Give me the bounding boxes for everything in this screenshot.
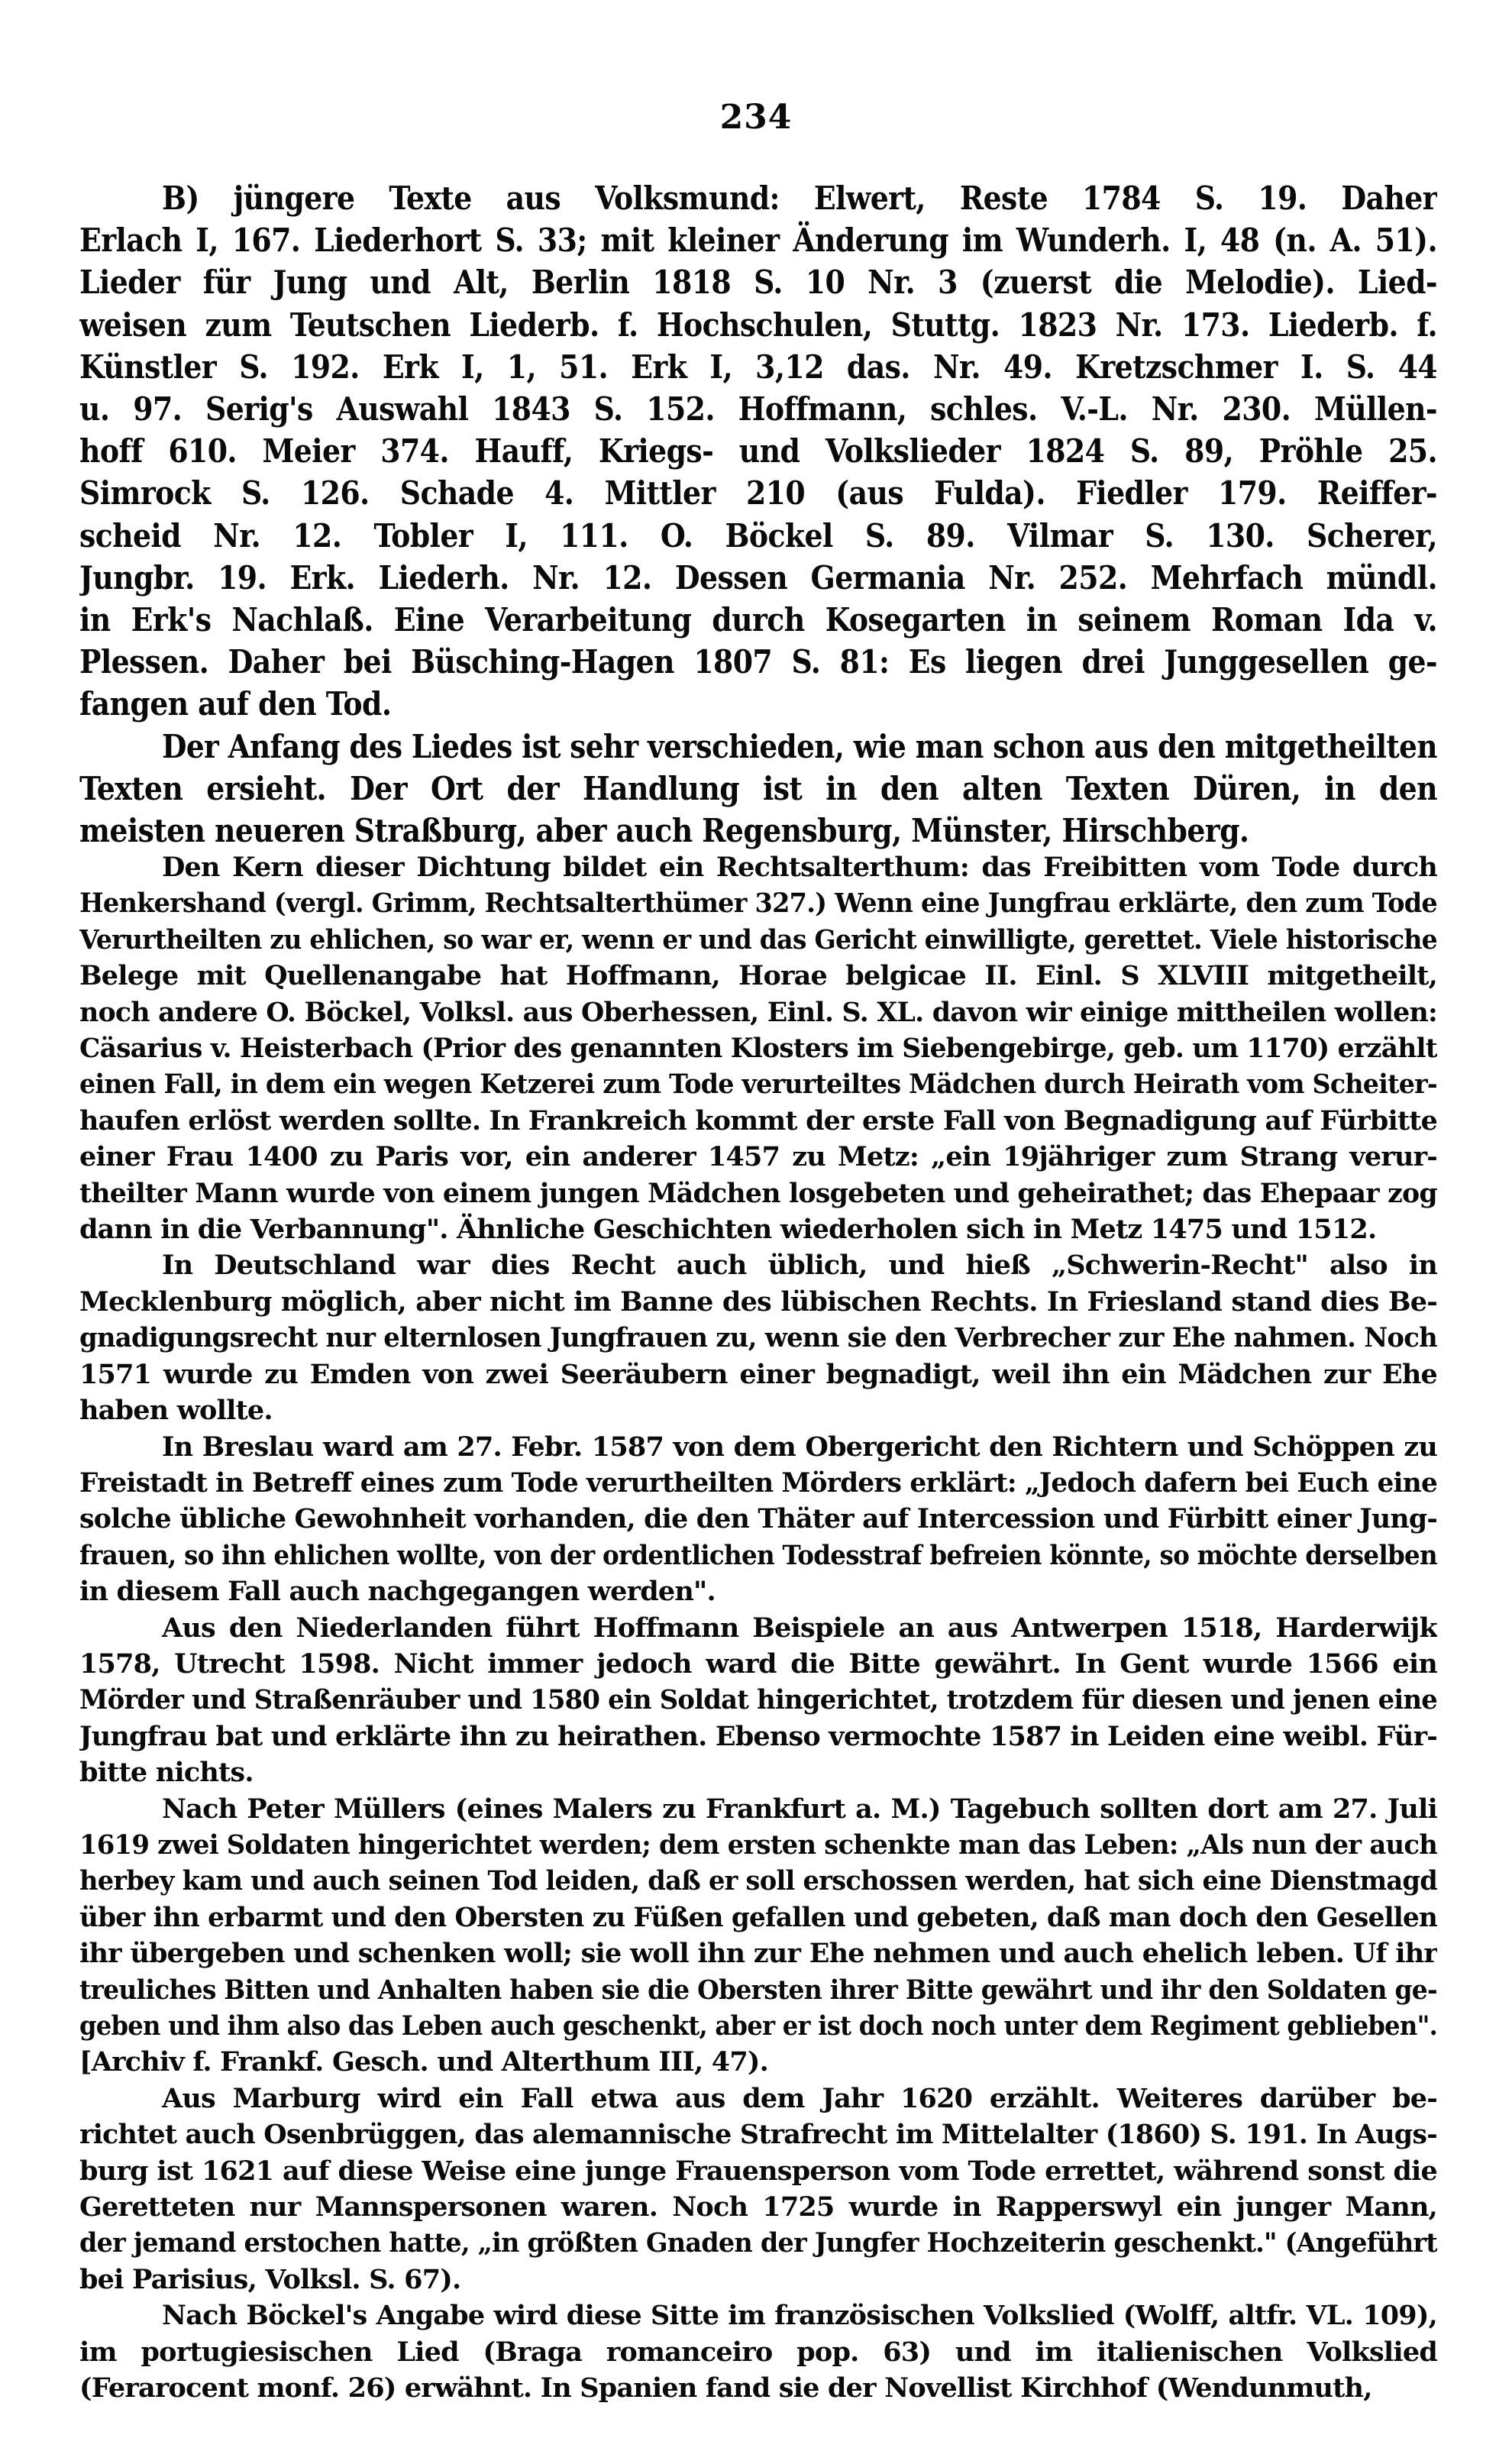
text-line-content: einen Fall, in dem ein wegen Ketzerei zu…	[79, 1066, 1437, 1102]
small-text-line: einen Fall, in dem ein wegen Ketzerei zu…	[79, 1066, 1437, 1102]
small-text-line: Jungfrau bat und erklärte ihn zu heirath…	[79, 1719, 1437, 1754]
small-text-line: 1571 wurde zu Emden von zwei Seeräubern …	[79, 1357, 1437, 1392]
large-text-line: fangen auf den Tod.	[79, 683, 1437, 725]
large-text-line: Plessen. Daher bei Büsching-Hagen 1807 S…	[79, 641, 1437, 683]
large-text-line: scheid Nr. 12. Tobler I, 111. O. Böckel …	[79, 515, 1437, 557]
text-line-content: richtet auch Osenbrüggen, das alemannisc…	[79, 2117, 1437, 2152]
small-text-line: (Ferarocent monf. 26) erwähnt. In Spanie…	[79, 2370, 1437, 2406]
small-text-line: in diesem Fall auch nachgegangen werden"…	[79, 1573, 1437, 1609]
small-text-line: Verurtheilten zu ehlichen, so war er, we…	[79, 922, 1437, 958]
large-text-line: weisen zum Teutschen Liederb. f. Hochsch…	[79, 304, 1437, 346]
small-text-line: haufen erlöst werden sollte. In Frankrei…	[79, 1103, 1437, 1139]
small-text-line: bitte nichts.	[79, 1754, 1437, 1790]
small-text-line: Henkershand (vergl. Grimm, Rechtsalterth…	[79, 885, 1437, 921]
large-paragraph: Der Anfang des Liedes ist sehr verschied…	[79, 726, 1437, 852]
large-text-line: u. 97. Serig's Auswahl 1843 S. 152. Hoff…	[79, 388, 1437, 430]
small-print-section: Den Kern dieser Dichtung bildet ein Rech…	[79, 849, 1437, 2406]
small-text-line: dann in die Verbannung". Ähnliche Geschi…	[79, 1211, 1437, 1247]
small-text-line: Cäsarius v. Heisterbach (Prior des genan…	[79, 1030, 1437, 1066]
text-line-content: Freistadt in Betreff eines zum Tode veru…	[79, 1465, 1437, 1501]
large-text-line: Jungbr. 19. Erk. Liederh. Nr. 12. Dessen…	[79, 557, 1437, 599]
small-text-line: geben und ihm also das Leben auch gesche…	[79, 2008, 1437, 2044]
small-paragraph: Nach Böckel's Angabe wird diese Sitte im…	[79, 2298, 1437, 2406]
small-text-line: herbey kam und auch seinen Tod leiden, d…	[79, 1863, 1437, 1899]
large-text-line: B) jüngere Texte aus Volksmund: Elwert, …	[79, 177, 1437, 219]
small-text-line: Geretteten nur Mannspersonen waren. Noch…	[79, 2189, 1437, 2225]
small-paragraph: In Deutschland war dies Recht auch üblic…	[79, 1247, 1437, 1428]
small-paragraph: Aus den Niederlanden führt Hoffmann Beis…	[79, 1610, 1437, 1791]
small-text-line: frauen, so ihn ehlichen wollte, von der …	[79, 1538, 1437, 1573]
small-text-line: theilter Mann wurde von einem jungen Mäd…	[79, 1175, 1437, 1211]
text-line-content: gnadigungsrecht nur elternlosen Jungfrau…	[79, 1320, 1437, 1356]
page-number: 234	[0, 98, 1512, 137]
large-text-line: Der Anfang des Liedes ist sehr verschied…	[79, 726, 1437, 768]
text-line-content: 1619 zwei Soldaten hingerichtet werden; …	[79, 1827, 1437, 1863]
text-line-content: theilter Mann wurde von einem jungen Mäd…	[79, 1175, 1437, 1211]
text-line-content: Verurtheilten zu ehlichen, so war er, we…	[79, 922, 1437, 958]
small-paragraph: Nach Peter Müllers (eines Malers zu Fran…	[79, 1791, 1437, 2081]
small-text-line: noch andere O. Böckel, Volksl. aus Oberh…	[79, 994, 1437, 1030]
large-text-line: Texten ersieht. Der Ort der Handlung ist…	[79, 768, 1437, 810]
small-text-line: bei Parisius, Volksl. S. 67).	[79, 2262, 1437, 2298]
small-paragraph: In Breslau ward am 27. Febr. 1587 von de…	[79, 1429, 1437, 1610]
small-text-line: In Deutschland war dies Recht auch üblic…	[79, 1247, 1437, 1283]
small-text-line: haben wollte.	[79, 1392, 1437, 1428]
small-text-line: ihr übergeben und schenken woll; sie wol…	[79, 1935, 1437, 1971]
small-text-line: Nach Böckel's Angabe wird diese Sitte im…	[79, 2298, 1437, 2333]
text-line-content: solche übliche Gewohnheit vorhanden, die…	[79, 1501, 1437, 1537]
text-line-content: geben und ihm also das Leben auch gesche…	[79, 2008, 1437, 2044]
large-text-line: meisten neueren Straßburg, aber auch Reg…	[79, 810, 1437, 852]
small-text-line: richtet auch Osenbrüggen, das alemannisc…	[79, 2117, 1437, 2152]
small-text-line: einer Frau 1400 zu Paris vor, ein andere…	[79, 1139, 1437, 1175]
small-text-line: burg ist 1621 auf diese Weise eine junge…	[79, 2153, 1437, 2189]
text-line-content: Cäsarius v. Heisterbach (Prior des genan…	[79, 1030, 1437, 1066]
text-line-content: Jungfrau bat und erklärte ihn zu heirath…	[79, 1719, 1437, 1754]
large-text-line: in Erk's Nachlaß. Eine Verarbeitung durc…	[79, 599, 1437, 641]
large-print-section: B) jüngere Texte aus Volksmund: Elwert, …	[79, 177, 1437, 852]
small-text-line: gnadigungsrecht nur elternlosen Jungfrau…	[79, 1320, 1437, 1356]
small-text-line: Mecklenburg möglich, aber nicht im Banne…	[79, 1284, 1437, 1320]
small-text-line: 1578, Utrecht 1598. Nicht immer jedoch w…	[79, 1646, 1437, 1682]
text-line-content: noch andere O. Böckel, Volksl. aus Oberh…	[79, 994, 1437, 1030]
text-line-content: Der Anfang des Liedes ist sehr verschied…	[162, 726, 1437, 768]
text-line-content: über ihn erbarmt und den Obersten zu Füß…	[79, 1900, 1437, 1935]
small-text-line: 1619 zwei Soldaten hingerichtet werden; …	[79, 1827, 1437, 1863]
text-line-content: haufen erlöst werden sollte. In Frankrei…	[79, 1103, 1437, 1139]
small-paragraph: Den Kern dieser Dichtung bildet ein Rech…	[79, 849, 1437, 1247]
text-line-content: treuliches Bitten und Anhalten haben sie…	[79, 1972, 1437, 2008]
small-text-line: Belege mit Quellenangabe hat Hoffmann, H…	[79, 958, 1437, 994]
small-text-line: Aus Marburg wird ein Fall etwa aus dem J…	[79, 2081, 1437, 2117]
small-text-line: In Breslau ward am 27. Febr. 1587 von de…	[79, 1429, 1437, 1465]
text-line-content: der jemand erstochen hatte, „in größten …	[79, 2225, 1437, 2261]
small-paragraph: Aus Marburg wird ein Fall etwa aus dem J…	[79, 2081, 1437, 2298]
small-text-line: [Archiv f. Frankf. Gesch. und Alterthum …	[79, 2044, 1437, 2080]
text-line-content: frauen, so ihn ehlichen wollte, von der …	[79, 1538, 1437, 1573]
text-line-content: Henkershand (vergl. Grimm, Rechtsalterth…	[79, 885, 1437, 921]
large-text-line: Lieder für Jung und Alt, Berlin 1818 S. …	[79, 261, 1437, 303]
small-text-line: Aus den Niederlanden führt Hoffmann Beis…	[79, 1610, 1437, 1646]
small-text-line: Mörder und Straßenräuber und 1580 ein So…	[79, 1682, 1437, 1718]
small-text-line: treuliches Bitten und Anhalten haben sie…	[79, 1972, 1437, 2008]
text-line-content: herbey kam und auch seinen Tod leiden, d…	[79, 1863, 1437, 1899]
small-text-line: Freistadt in Betreff eines zum Tode veru…	[79, 1465, 1437, 1501]
large-text-line: Künstler S. 192. Erk I, 1, 51. Erk I, 3,…	[79, 346, 1437, 388]
large-paragraph: B) jüngere Texte aus Volksmund: Elwert, …	[79, 177, 1437, 726]
small-text-line: über ihn erbarmt und den Obersten zu Füß…	[79, 1900, 1437, 1935]
small-text-line: solche übliche Gewohnheit vorhanden, die…	[79, 1501, 1437, 1537]
text-line-content: Mörder und Straßenräuber und 1580 ein So…	[79, 1682, 1437, 1718]
small-text-line: Den Kern dieser Dichtung bildet ein Rech…	[79, 849, 1437, 885]
large-text-line: hoff 610. Meier 374. Hauff, Kriegs- und …	[79, 430, 1437, 472]
large-text-line: Simrock S. 126. Schade 4. Mittler 210 (a…	[79, 472, 1437, 514]
small-text-line: im portugiesischen Lied (Braga romanceir…	[79, 2334, 1437, 2370]
large-text-line: Erlach I, 167. Liederhort S. 33; mit kle…	[79, 219, 1437, 261]
small-text-line: der jemand erstochen hatte, „in größten …	[79, 2225, 1437, 2261]
small-text-line: Nach Peter Müllers (eines Malers zu Fran…	[79, 1791, 1437, 1827]
